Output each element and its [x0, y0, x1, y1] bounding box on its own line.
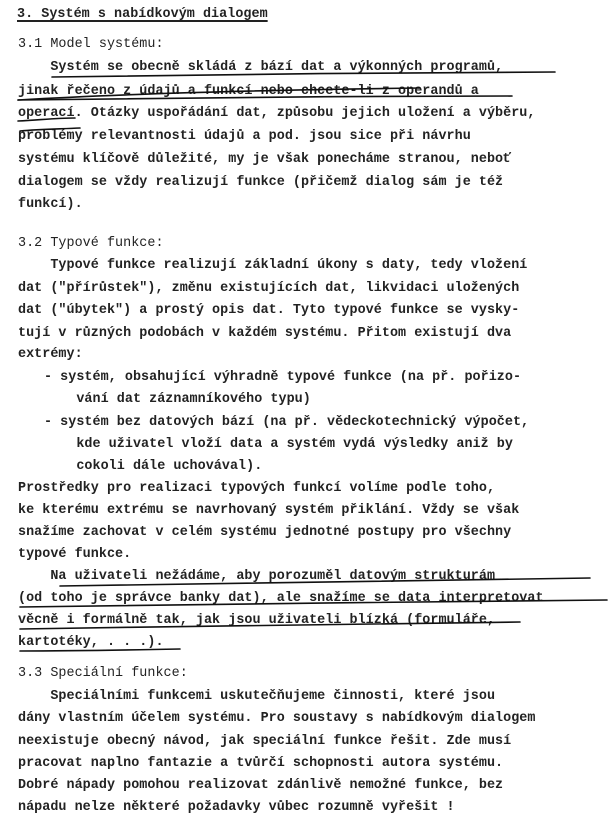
paragraph-line: Prostředky pro realizaci typových funkcí… [18, 481, 495, 497]
emphasized-line: kartotéky, . . .). [18, 635, 164, 651]
paragraph-line: Speciálními funkcemi uskutečňujeme činno… [18, 689, 495, 705]
bullet-item: - systém bez datových bází (na př. vědec… [44, 415, 529, 431]
paragraph-line: operací. Otázky uspořádání dat, způsobu … [18, 106, 535, 122]
section-heading-3-1: 3.1 Model systému: [18, 37, 164, 53]
paragraph-line: dialogem se vždy realizují funkce (přiče… [18, 175, 503, 191]
paragraph-line: typové funkce. [18, 547, 131, 563]
paragraph-line: extrémy: [18, 347, 83, 363]
emphasized-line: věcně i formálně tak, jak jsou uživateli… [18, 613, 495, 629]
paragraph-line: jinak řečeno z údajů a funkcí nebo chcet… [18, 84, 479, 100]
paragraph-line: dat ("přírůstek"), změnu existujících da… [18, 281, 519, 297]
paragraph-line: tují v různých podobách v každém systému… [18, 326, 511, 342]
paragraph-line: Systém se obecně skládá z bází dat a výk… [18, 60, 503, 76]
bullet-item-continuation: kde uživatel vloží data a systém vydá vý… [44, 437, 513, 453]
emphasized-line: (od toho je správce banky dat), ale snaž… [18, 591, 544, 607]
bullet-item: - systém, obsahující výhradně typové fun… [44, 370, 521, 386]
paragraph-line: snažíme zachovat v celém systému jednotn… [18, 525, 511, 541]
paragraph-line: dány vlastním účelem systému. Pro sousta… [18, 711, 535, 727]
paragraph-line: ke kterému extrému se navrhovaný systém … [18, 503, 519, 519]
section-heading-3-3: 3.3 Speciální funkce: [18, 666, 188, 682]
bullet-item-continuation: vání dat záznamníkového typu) [44, 392, 311, 408]
paragraph-line: nápadu nelze některé požadavky vůbec roz… [18, 800, 455, 816]
typewritten-page: 3. Systém s nabídkovým dialogem 3.1 Mode… [0, 0, 613, 822]
paragraph-line: Dobré nápady pomohou realizovat zdánlivě… [18, 778, 503, 794]
paragraph-line: Typové funkce realizují základní úkony s… [18, 258, 527, 274]
paragraph-line: pracovat naplno fantazie a tvůrčí schopn… [18, 756, 503, 772]
paragraph-line: problémy relevantnosti údajů a pod. jsou… [18, 129, 471, 145]
paragraph-line: systému klíčově důležité, my je však pon… [18, 152, 511, 168]
emphasized-line: Na uživateli nežádáme, aby porozuměl dat… [18, 569, 495, 585]
paragraph-line: dat ("úbytek") a prostý opis dat. Tyto t… [18, 303, 519, 319]
bullet-item-continuation: cokoli dále uchovával). [44, 459, 262, 475]
section-heading-3-2: 3.2 Typové funkce: [18, 236, 164, 252]
paragraph-line: neexistuje obecný návod, jak speciální f… [18, 734, 511, 750]
paragraph-line: funkcí). [18, 197, 83, 213]
document-title: 3. Systém s nabídkovým dialogem [17, 7, 268, 23]
